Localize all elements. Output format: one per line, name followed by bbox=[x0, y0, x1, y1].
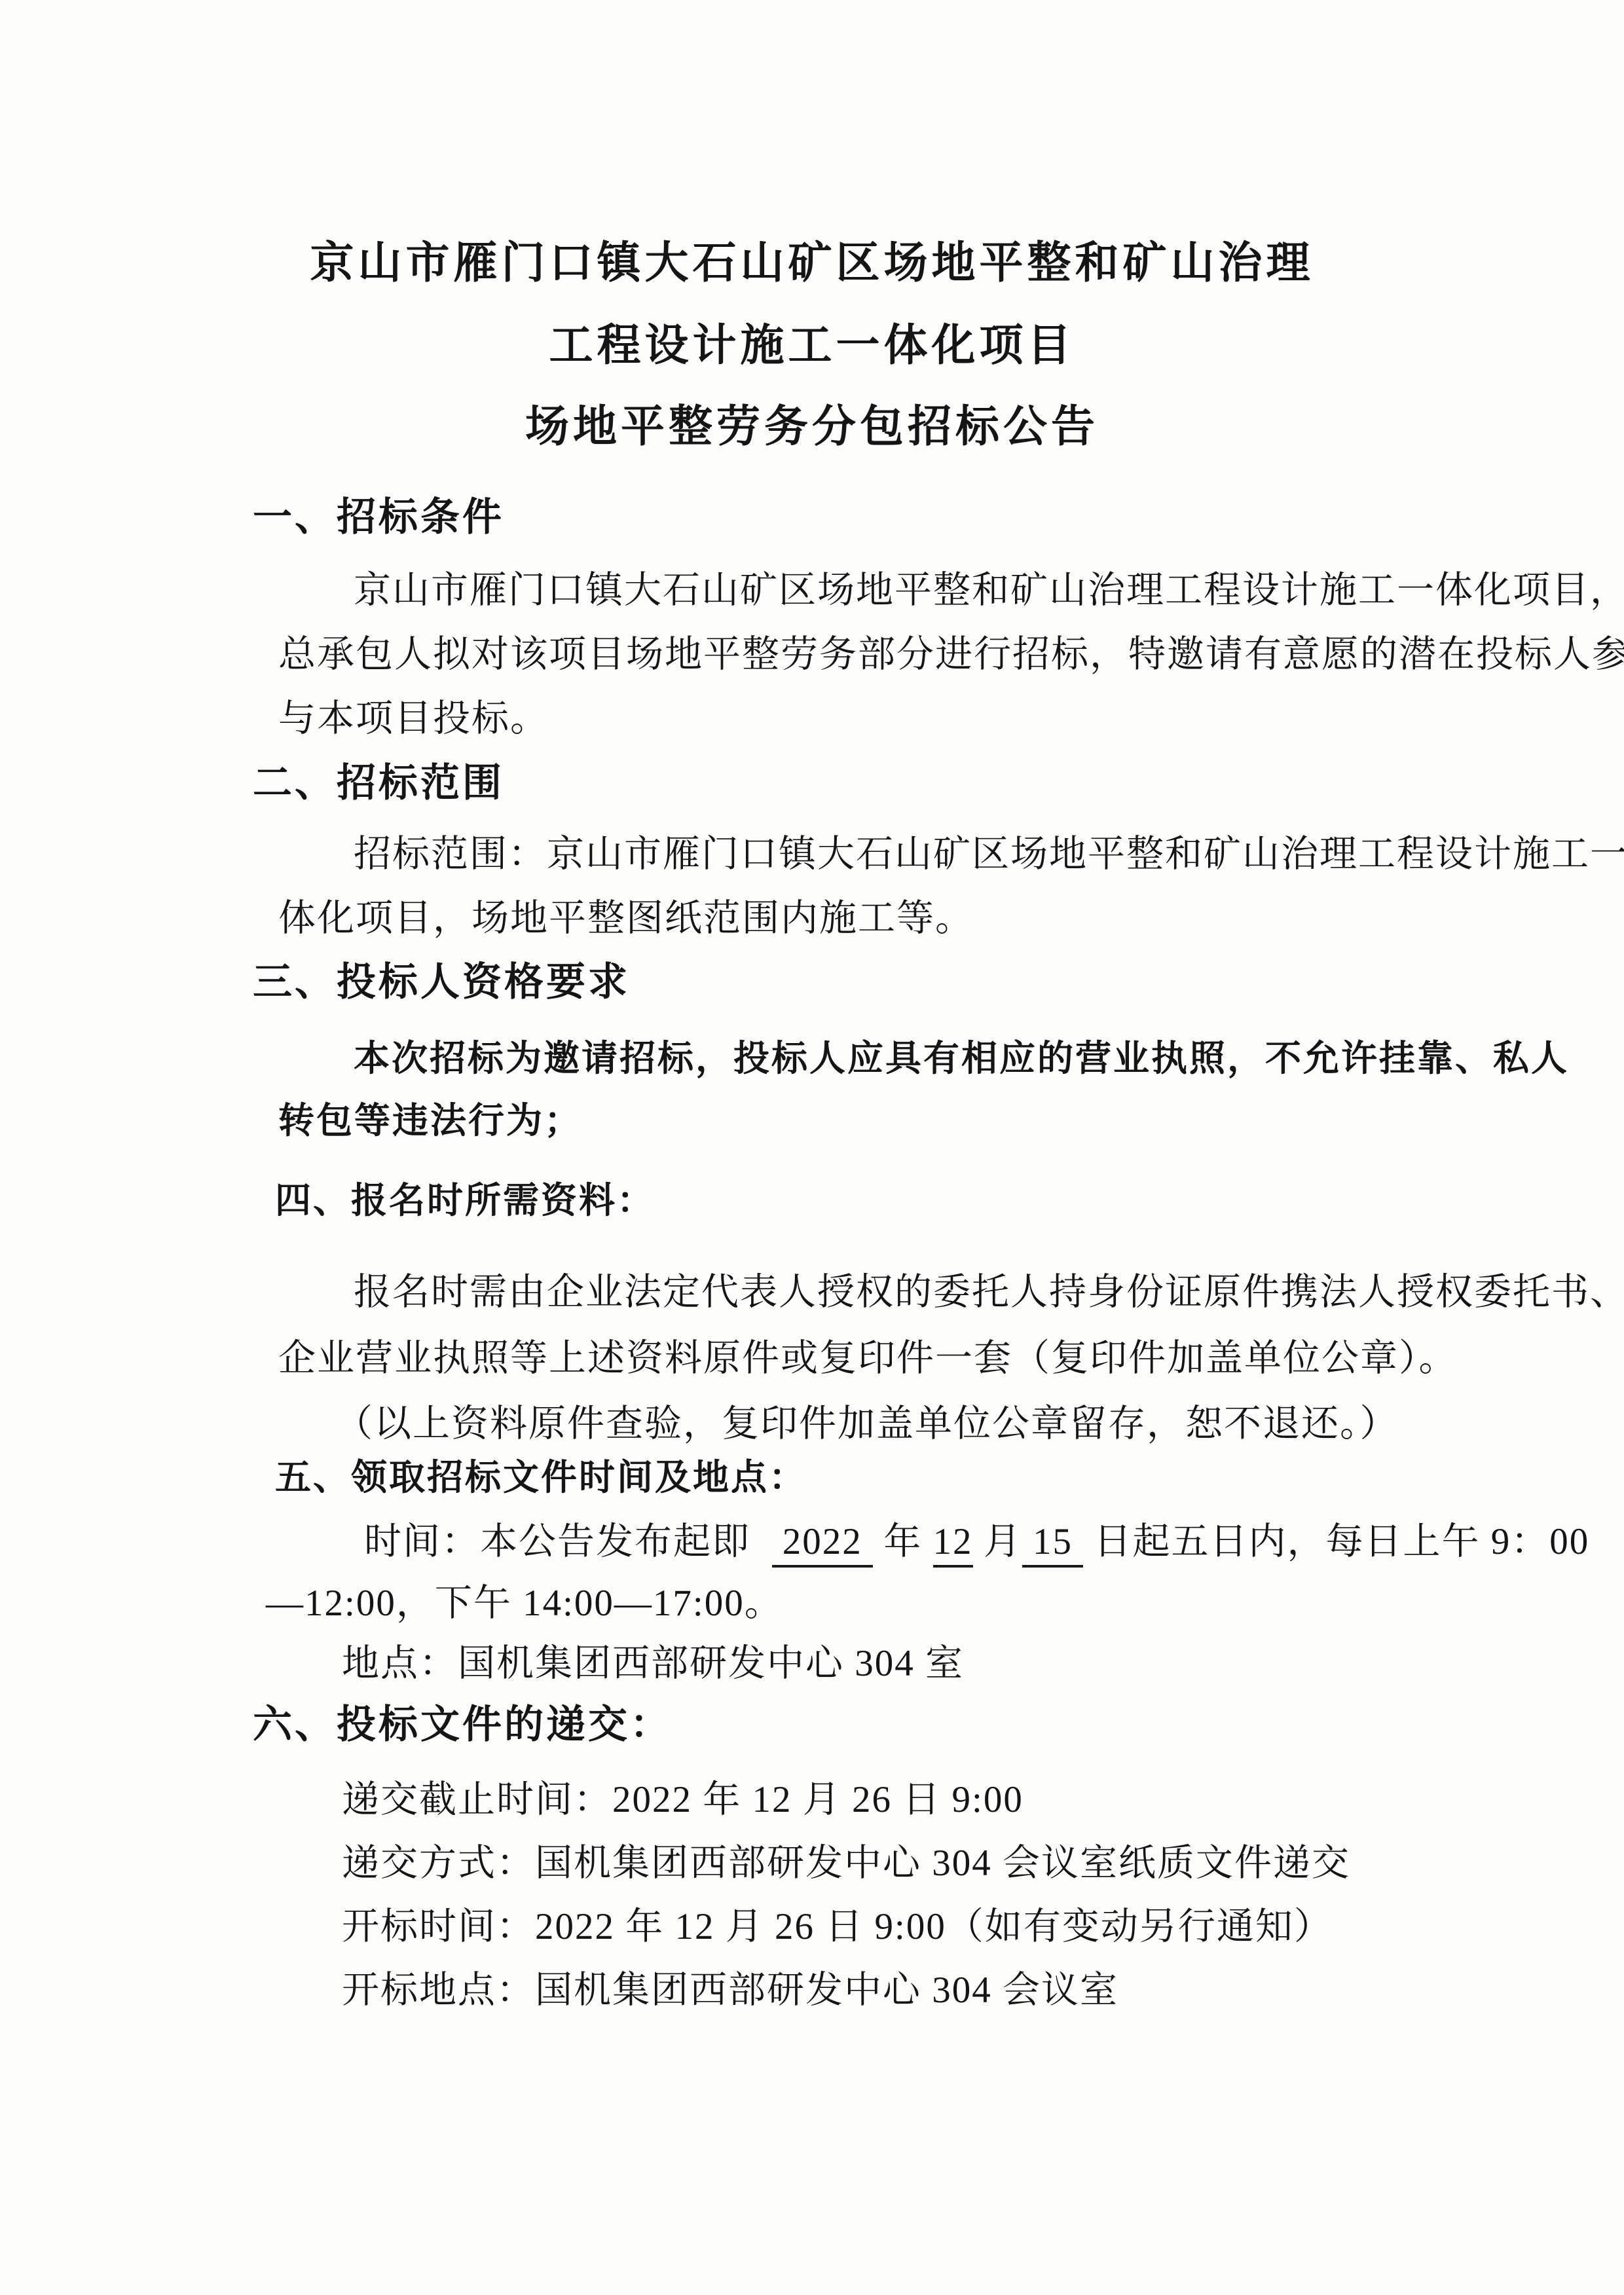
section-3-heading: 三、投标人资格要求 bbox=[253, 951, 630, 1007]
section-4-line-3: （以上资料原件查验，复印件加盖单位公章留存，恕不退还。） bbox=[335, 1393, 1399, 1447]
document-title-line-3: 场地平整劳务分包招标公告 bbox=[0, 392, 1624, 454]
section-6-line-4: 开标地点：国机集团西部研发中心 304 会议室 bbox=[342, 1960, 1118, 2013]
section-5-line-3: 地点：国机集团西部研发中心 304 室 bbox=[342, 1633, 964, 1687]
time-text: 年 bbox=[873, 1521, 933, 1562]
section-6-line-1: 递交截止时间：2022 年 12 月 26 日 9:00 bbox=[342, 1769, 1024, 1823]
time-month-underlined: 12 bbox=[933, 1521, 973, 1568]
section-5-line-2: —12:00，下午 14:00—17:00。 bbox=[266, 1573, 783, 1626]
time-text: 日起五日内，每日上午 9：00 bbox=[1083, 1521, 1589, 1562]
time-year-underlined: 2022 bbox=[772, 1521, 874, 1568]
section-6-line-3: 开标时间：2022 年 12 月 26 日 9:00（如有变动另行通知） bbox=[342, 1896, 1333, 1950]
document-title-line-2: 工程设计施工一体化项目 bbox=[0, 310, 1624, 373]
document-title-line-1: 京山市雁门口镇大石山矿区场地平整和矿山治理 bbox=[0, 228, 1624, 291]
time-text: 时间：本公告发布起即 bbox=[364, 1521, 772, 1562]
section-6-heading: 六、投标文件的递交： bbox=[253, 1693, 672, 1750]
section-1-line-1: 京山市雁门口镇大石山矿区场地平整和矿山治理工程设计施工一体化项目， bbox=[354, 560, 1624, 614]
section-2-heading: 二、招标范围 bbox=[253, 752, 504, 808]
section-4-line-2: 企业营业执照等上述资料原件或复印件一套（复印件加盖单位公章）。 bbox=[278, 1328, 1458, 1382]
section-1-line-3: 与本项目投标。 bbox=[278, 688, 549, 742]
section-6-line-2: 递交方式：国机集团西部研发中心 304 会议室纸质文件递交 bbox=[342, 1833, 1350, 1886]
tender-announcement-page: 京山市雁门口镇大石山矿区场地平整和矿山治理 工程设计施工一体化项目 场地平整劳务… bbox=[0, 0, 1624, 2295]
time-day-underlined: 15 bbox=[1022, 1521, 1084, 1568]
section-1-line-2: 总承包人拟对该项目场地平整劳务部分进行招标，特邀请有意愿的潜在投标人参 bbox=[278, 624, 1624, 678]
section-4-line-1: 报名时需由企业法定代表人授权的委托人持身份证原件携法人授权委托书、 bbox=[354, 1262, 1624, 1315]
section-4-heading: 四、报名时所需资料： bbox=[275, 1171, 655, 1223]
time-text: 月 bbox=[973, 1521, 1022, 1562]
section-1-heading: 一、招标条件 bbox=[253, 486, 504, 542]
section-2-line-2: 体化项目，场地平整图纸范围内施工等。 bbox=[278, 888, 974, 942]
section-5-time-line: 时间：本公告发布起即 2022 年 12 月 15 日起五日内，每日上午 9：0… bbox=[364, 1511, 1589, 1565]
section-2-line-1: 招标范围：京山市雁门口镇大石山矿区场地平整和矿山治理工程设计施工一 bbox=[354, 824, 1624, 877]
section-3-line-1: 本次招标为邀请招标，投标人应具有相应的营业执照，不允许挂靠、私人 bbox=[354, 1029, 1569, 1081]
section-5-heading: 五、领取招标文件时间及地点： bbox=[275, 1448, 807, 1500]
section-3-line-2: 转包等违法行为； bbox=[278, 1092, 582, 1143]
